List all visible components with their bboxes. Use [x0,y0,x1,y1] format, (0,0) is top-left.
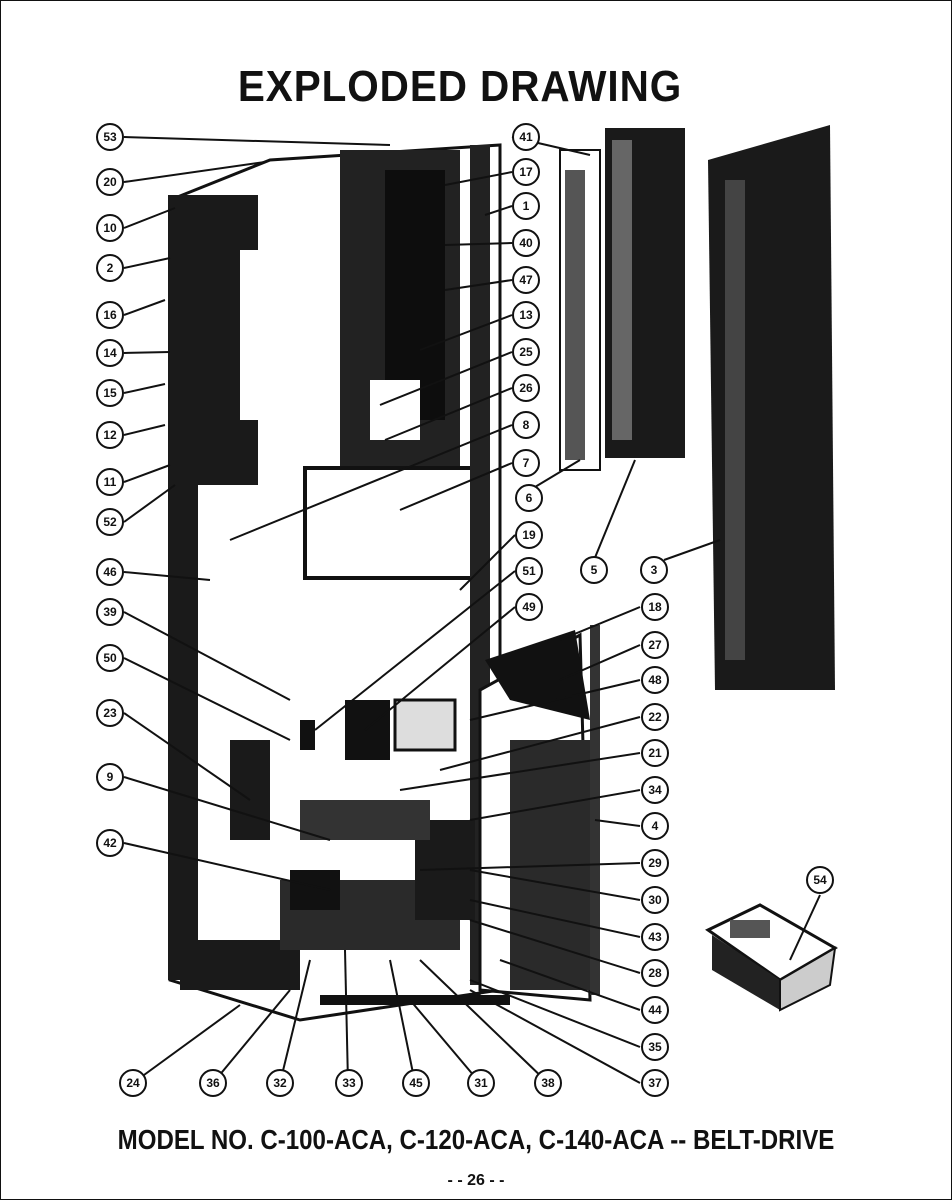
callout-40: 40 [512,229,540,257]
callout-39: 39 [96,598,124,626]
callout-6: 6 [515,484,543,512]
callout-1: 1 [512,192,540,220]
callout-41: 41 [512,123,540,151]
callout-28: 28 [641,959,669,987]
callout-26: 26 [512,374,540,402]
callout-21: 21 [641,739,669,767]
callout-52: 52 [96,508,124,536]
callout-53: 53 [96,123,124,151]
callout-3: 3 [640,556,668,584]
callout-7: 7 [512,449,540,477]
callout-25: 25 [512,338,540,366]
callout-44: 44 [641,996,669,1024]
callout-10: 10 [96,214,124,242]
callout-50: 50 [96,644,124,672]
callout-2: 2 [96,254,124,282]
callout-34: 34 [641,776,669,804]
callout-8: 8 [512,411,540,439]
callout-32: 32 [266,1069,294,1097]
callout-36: 36 [199,1069,227,1097]
rear-panel [708,125,835,690]
accessory-box [708,905,835,1010]
callout-13: 13 [512,301,540,329]
callout-24: 24 [119,1069,147,1097]
callout-54: 54 [806,866,834,894]
callout-27: 27 [641,631,669,659]
callout-4: 4 [641,812,669,840]
callout-19: 19 [515,521,543,549]
page-number: - - 26 - - [0,1172,952,1190]
callout-23: 23 [96,699,124,727]
callout-51: 51 [515,557,543,585]
callout-30: 30 [641,886,669,914]
callout-46: 46 [96,558,124,586]
callout-29: 29 [641,849,669,877]
model-number: MODEL NO. C-100-ACA, C-120-ACA, C-140-AC… [67,1124,886,1156]
callout-45: 45 [402,1069,430,1097]
callout-5: 5 [580,556,608,584]
callout-18: 18 [641,593,669,621]
callout-15: 15 [96,379,124,407]
side-panel [560,128,685,470]
callout-38: 38 [534,1069,562,1097]
callout-31: 31 [467,1069,495,1097]
callout-12: 12 [96,421,124,449]
callout-37: 37 [641,1069,669,1097]
callout-22: 22 [641,703,669,731]
callout-35: 35 [641,1033,669,1061]
callout-47: 47 [512,266,540,294]
exploded-drawing [0,0,952,1200]
callout-33: 33 [335,1069,363,1097]
callout-9: 9 [96,763,124,791]
callout-11: 11 [96,468,124,496]
callout-48: 48 [641,666,669,694]
main-cabinet [168,145,510,1020]
callout-14: 14 [96,339,124,367]
callout-49: 49 [515,593,543,621]
callout-42: 42 [96,829,124,857]
callout-17: 17 [512,158,540,186]
evaporator-section [480,625,600,1000]
callout-16: 16 [96,301,124,329]
callout-43: 43 [641,923,669,951]
callout-20: 20 [96,168,124,196]
